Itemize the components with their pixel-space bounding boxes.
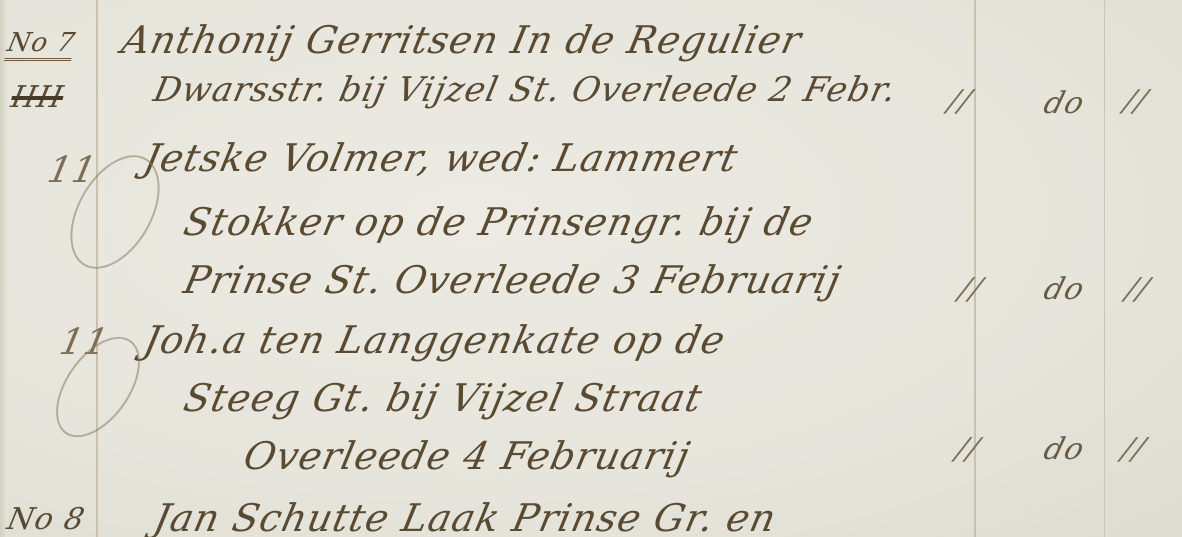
- line-8: Overleede 4 Februarij: [240, 434, 694, 478]
- line-5: Prinse St. Overleede 3 Februarij: [180, 258, 845, 302]
- line-4: Stokker op de Prinsengr. bij de: [180, 200, 818, 244]
- ditto-mark-col-a: //: [955, 272, 987, 307]
- entry-number-7: No 7: [4, 28, 78, 61]
- ditto-mark-col-c: //: [1118, 432, 1150, 467]
- page-edge: [0, 0, 8, 537]
- entry-number-8: No 8: [4, 502, 88, 537]
- ditto-do-col-b: do: [1040, 272, 1089, 307]
- line-2: Dwarsstr. bij Vijzel St. Overleede 2 Feb…: [150, 70, 900, 110]
- ditto-do-col-b: do: [1040, 432, 1089, 467]
- line-7: Steeg Gt. bij Vijzel Straat: [180, 376, 707, 420]
- line-1: Anthonij Gerritsen In de Regulier: [118, 18, 806, 62]
- line-9: Jan Schutte Laak Prinse Gr. en: [150, 496, 781, 537]
- line-6: Joh.a ten Langgenkate op de: [140, 318, 730, 362]
- ditto-mark-col-c: //: [1120, 84, 1152, 119]
- struck-tally-mark: IIII: [8, 80, 67, 115]
- register-page: No 7 IIII 11 11 No 8 Anthonij Gerritsen …: [0, 0, 1182, 537]
- column-rule-2: [1104, 0, 1105, 537]
- line-3: Jetske Volmer, wed: Lammert: [140, 136, 742, 180]
- ditto-mark-col-c: //: [1122, 272, 1154, 307]
- ditto-mark-col-a: //: [944, 84, 976, 119]
- ditto-do-col-b: do: [1040, 86, 1089, 121]
- ditto-mark-col-a: //: [952, 432, 984, 467]
